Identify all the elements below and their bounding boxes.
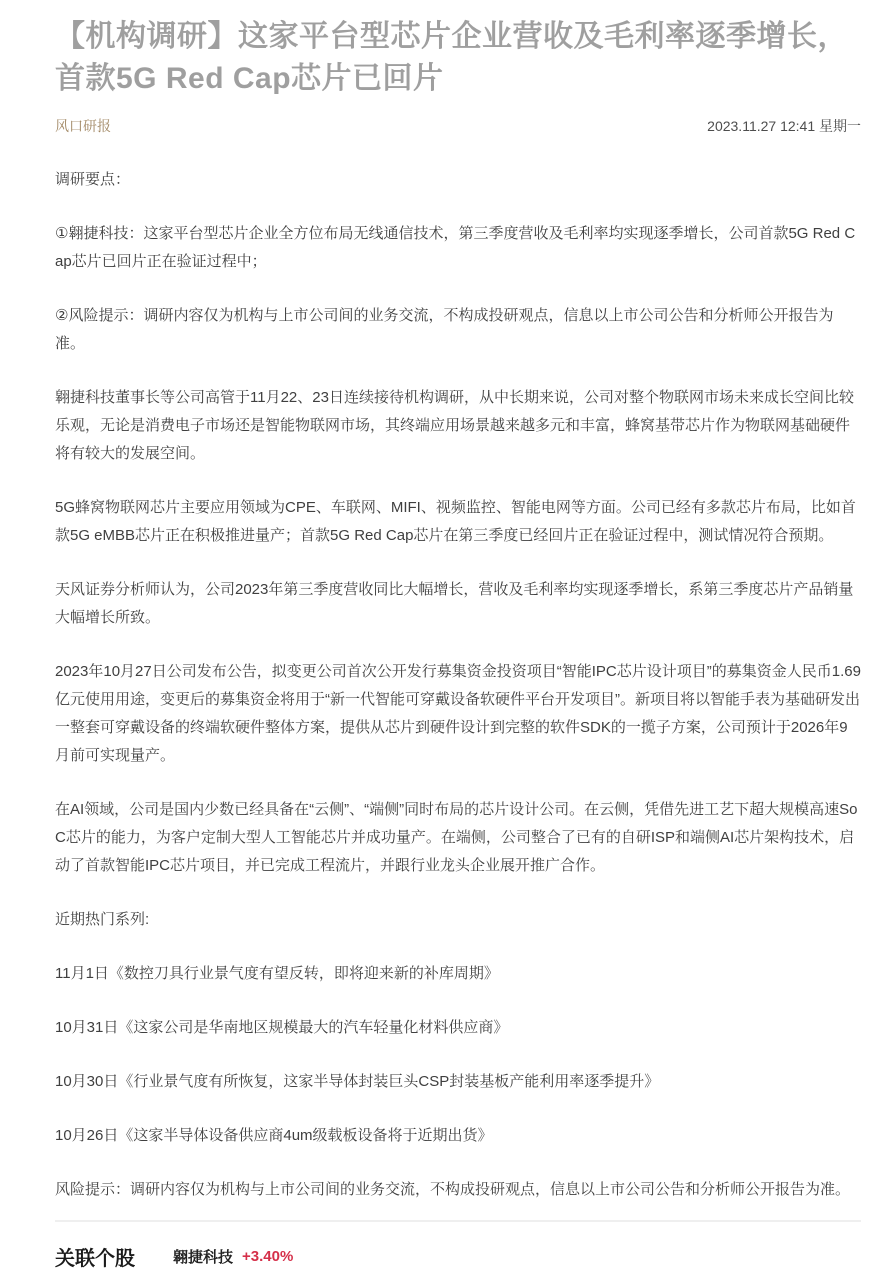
article-paragraph: ①翱捷科技：这家平台型芯片企业全方位布局无线通信技术，第三季度营收及毛利率均实现… (55, 220, 861, 276)
related-stocks-section: 关联个股 翱捷科技+3.40% (55, 1242, 861, 1271)
article-paragraph: 在AI领域，公司是国内少数已经具备在“云侧”、“端侧”同时布局的芯片设计公司。在… (55, 796, 861, 880)
article-paragraph: 5G蜂窝物联网芯片主要应用领域为CPE、车联网、MIFI、视频监控、智能电网等方… (55, 494, 861, 550)
related-stock-item[interactable]: 翱捷科技+3.40% (173, 1246, 293, 1267)
article-paragraph: 2023年10月27日公司发布公告，拟变更公司首次公开发行募集资金投资项目“智能… (55, 658, 861, 770)
article-page: 【机构调研】这家平台型芯片企业营收及毛利率逐季增长，首款5G Red Cap芯片… (0, 0, 884, 1277)
related-stock-name: 翱捷科技 (173, 1246, 233, 1267)
related-stock-list: 翱捷科技+3.40% (173, 1246, 293, 1267)
article-source-tag[interactable]: 风口研报 (55, 116, 111, 136)
article-paragraph: 10月30日《行业景气度有所恢复，这家半导体封装巨头CSP封装基板产能利用率逐季… (55, 1068, 861, 1096)
article-paragraph: 翱捷科技董事长等公司高管于11月22、23日连续接待机构调研，从中长期来说，公司… (55, 384, 861, 468)
article-paragraph: 调研要点： (55, 166, 861, 194)
related-stock-change: +3.40% (242, 1248, 293, 1265)
article-paragraph: ②风险提示：调研内容仅为机构与上市公司间的业务交流，不构成投研观点，信息以上市公… (55, 302, 861, 358)
article-paragraph: 天风证券分析师认为，公司2023年第三季度营收同比大幅增长，营收及毛利率均实现逐… (55, 576, 861, 632)
article-paragraph: 10月26日《这家半导体设备供应商4um级载板设备将于近期出货》 (55, 1122, 861, 1150)
article-paragraph: 10月31日《这家公司是华南地区规模最大的汽车轻量化材料供应商》 (55, 1014, 861, 1042)
related-stocks-label: 关联个股 (55, 1242, 135, 1271)
article-datetime: 2023.11.27 12:41 星期一 (707, 116, 861, 136)
article-paragraph: 近期热门系列: (55, 906, 861, 934)
article-meta: 风口研报 2023.11.27 12:41 星期一 (55, 116, 861, 136)
section-divider (55, 1220, 861, 1222)
article-paragraph: 风险提示：调研内容仅为机构与上市公司间的业务交流，不构成投研观点，信息以上市公司… (55, 1176, 861, 1204)
article-body: 调研要点：①翱捷科技：这家平台型芯片企业全方位布局无线通信技术，第三季度营收及毛… (55, 166, 861, 1204)
article-paragraph: 11月1日《数控刀具行业景气度有望反转，即将迎来新的补库周期》 (55, 960, 861, 988)
article-title: 【机构调研】这家平台型芯片企业营收及毛利率逐季增长，首款5G Red Cap芯片… (55, 16, 861, 100)
